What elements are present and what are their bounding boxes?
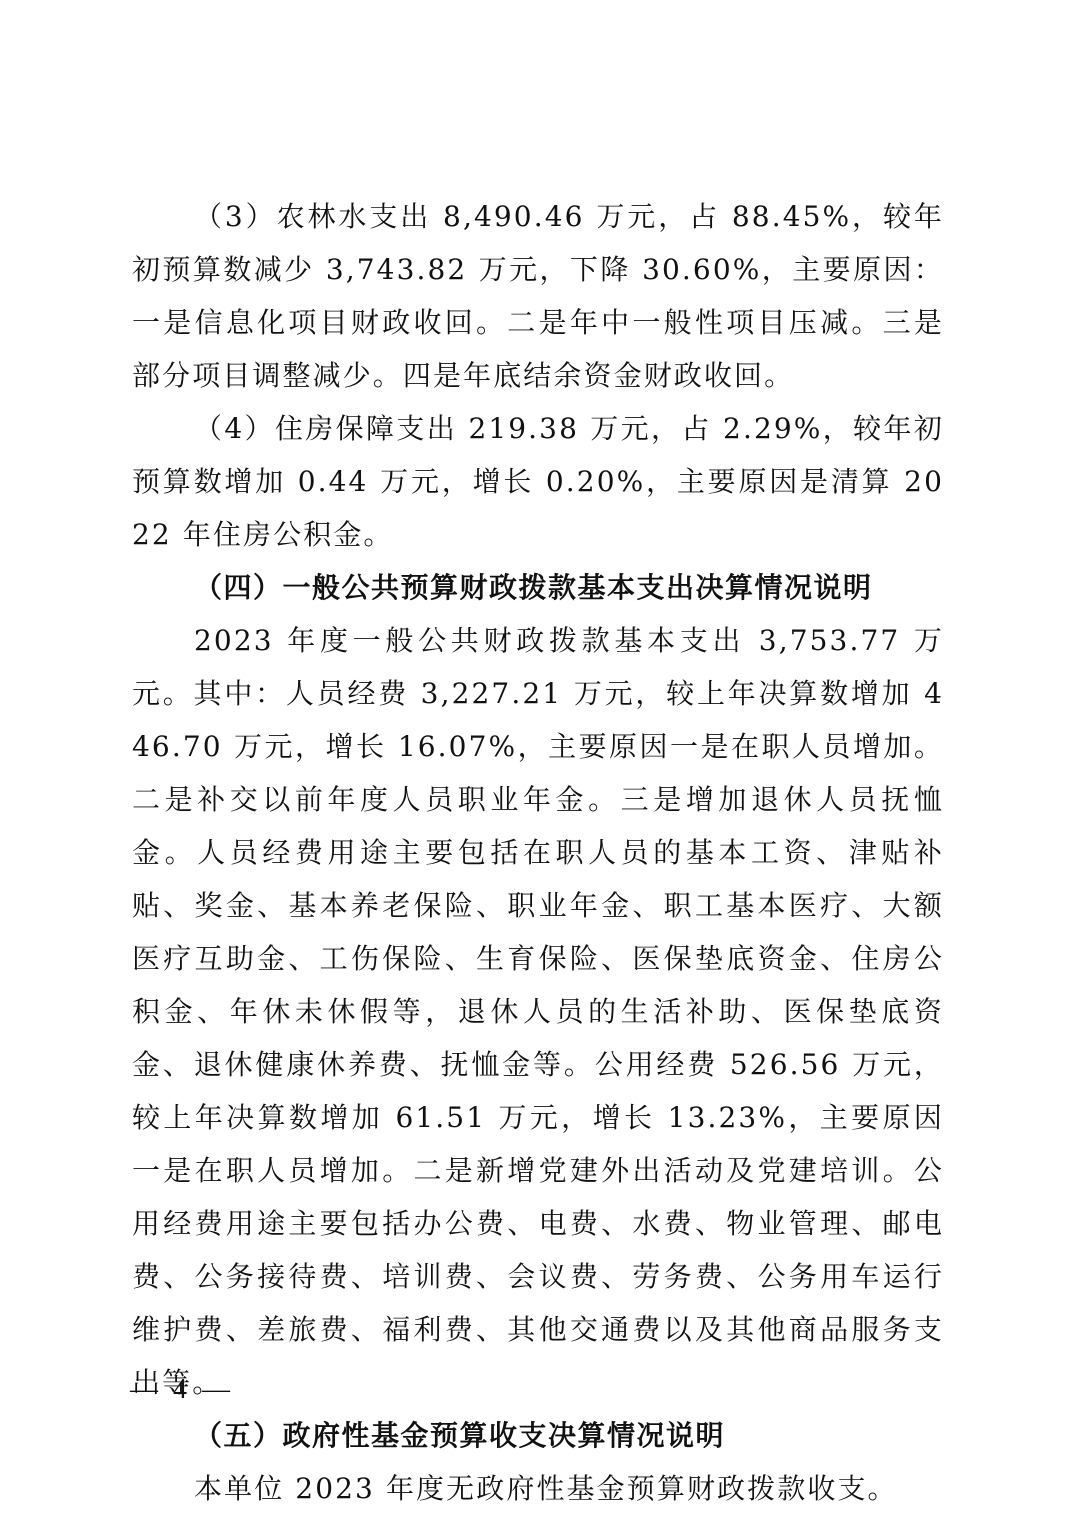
paragraph-housing-expenditure: （4）住房保障支出 219.38 万元，占 2.29%，较年初预算数增加 0.4… [132, 402, 944, 561]
paragraph-government-fund: 本单位 2023 年度无政府性基金预算财政拨款收支。 [132, 1462, 944, 1515]
page-number: — 4 — [130, 1370, 234, 1410]
paragraph-agriculture-expenditure: （3）农林水支出 8,490.46 万元，占 88.45%，较年初预算数减少 3… [132, 190, 944, 402]
document-page: （3）农林水支出 8,490.46 万元，占 88.45%，较年初预算数减少 3… [132, 190, 944, 1515]
paragraph-basic-expenditure: 2023 年度一般公共财政拨款基本支出 3,753.77 万元。其中：人员经费 … [132, 614, 944, 1409]
section-heading-basic-expenditure: （四）一般公共预算财政拨款基本支出决算情况说明 [132, 561, 944, 614]
section-heading-government-fund: （五）政府性基金预算收支决算情况说明 [132, 1409, 944, 1462]
